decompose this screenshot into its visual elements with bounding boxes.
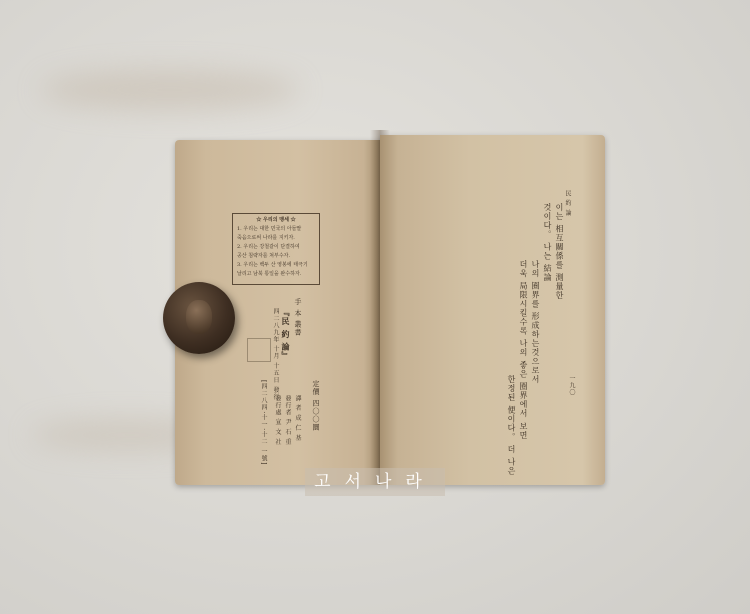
pledge-notice-box: ☆ 우리의 맹세 ☆ 1. 우리는 대한 민국의 아들딸 죽음으로써 나라를 지… <box>232 213 320 285</box>
text-line: 나의 圈界를 形成하는것으로서 <box>530 260 541 384</box>
pledge-title: ☆ 우리의 맹세 ☆ <box>237 216 315 225</box>
watermark: 고서나라 <box>305 468 445 496</box>
text-line: 것이다。 나는 結論 <box>542 203 553 282</box>
paperweight-knob <box>186 300 212 334</box>
colophon-date: 四二八九年 十月 十五日 發行 <box>271 308 280 401</box>
colophon-publisher-person: 發行者 尹 石 重 <box>283 395 292 446</box>
pledge-line: 죽음으로써 나라를 지키자. <box>237 234 315 243</box>
pledge-line: 날리고 남북 통일을 완수하자. <box>237 270 315 279</box>
text-line: 이는 相互關係를 測量한 <box>554 203 565 300</box>
pledge-line: 1. 우리는 대한 민국의 아들딸 <box>237 225 315 234</box>
colophon-price: 定價 四〇〇圜 <box>311 380 321 431</box>
colophon-publisher: 發行處 宣 文 社 <box>273 395 282 446</box>
colophon-translator: 譯 者 成 仁 基 <box>293 395 302 442</box>
colophon-series: 手 本 叢書 <box>293 298 303 336</box>
seal-stamp <box>247 338 271 362</box>
colophon-registration: [四二八四·十一·十二 一號] <box>259 380 268 465</box>
page-number: 一九〇 <box>567 375 576 396</box>
pledge-line: 2. 우리는 강철같이 단결하여 <box>237 243 315 252</box>
right-page: 民 約 論 一九〇 이는 相互關係를 測量한 것이다。 나는 結論 나의 圈界를… <box>380 135 605 485</box>
text-line: 더욱 局限시킬수록 나의 좋은 圈界에서 보면 <box>518 260 529 440</box>
colophon-title: 『民 約 論』 <box>281 308 292 361</box>
paper-stain <box>40 70 300 110</box>
round-paperweight <box>163 282 235 354</box>
text-line: 한정된 便이다。 더 나은 <box>506 375 517 476</box>
pledge-line: 3. 우리는 백두 산 영봉에 태극기 <box>237 261 315 270</box>
open-book: ☆ 우리의 맹세 ☆ 1. 우리는 대한 민국의 아들딸 죽음으로써 나라를 지… <box>175 130 605 485</box>
pledge-line: 공산 침략자를 쳐부수자. <box>237 252 315 261</box>
